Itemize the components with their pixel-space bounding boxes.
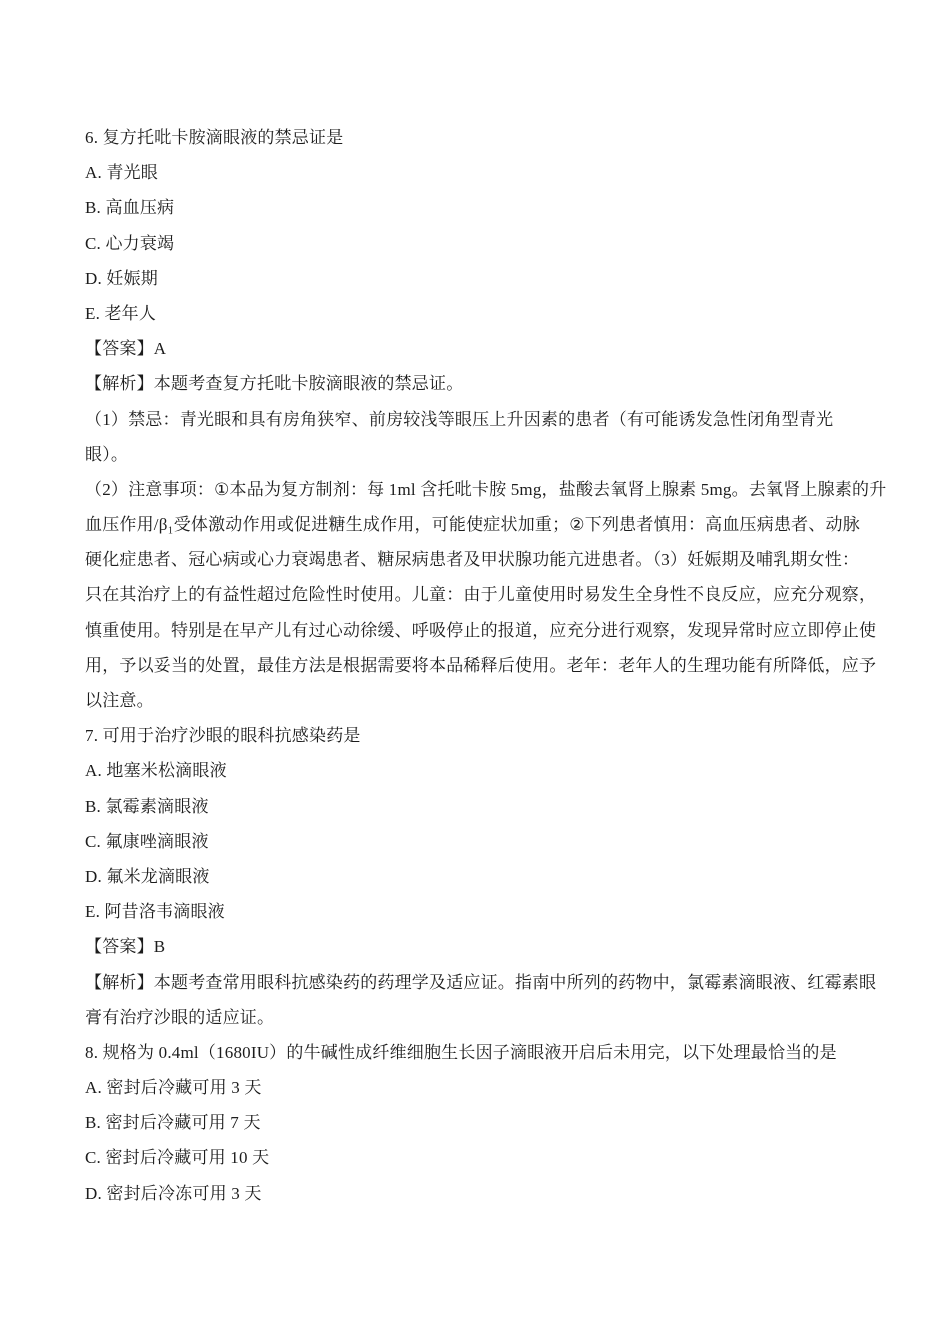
option-a: A. 地塞米松滴眼液 (85, 753, 885, 788)
explanation-line: （2）注意事项：①本品为复方制剂：每 1ml 含托吡卡胺 5mg，盐酸去氧肾上腺… (85, 472, 885, 507)
option-d: D. 妊娠期 (85, 261, 885, 296)
explanation-line: 膏有治疗沙眼的适应证。 (85, 1000, 885, 1035)
option-c: C. 心力衰竭 (85, 226, 885, 261)
answer-line: 【答案】B (85, 929, 885, 964)
option-b: B. 氯霉素滴眼液 (85, 789, 885, 824)
explanation-line: （1）禁忌：青光眼和具有房角狭窄、前房较浅等眼压上升因素的患者（有可能诱发急性闭… (85, 402, 885, 437)
option-a: A. 密封后冷藏可用 3 天 (85, 1070, 885, 1105)
explanation-line: 眼）。 (85, 437, 885, 472)
explanation-line: 用，予以妥当的处置，最佳方法是根据需要将本品稀释后使用。老年：老年人的生理功能有… (85, 648, 885, 683)
explanation-line: 慎重使用。特别是在早产儿有过心动徐缓、呼吸停止的报道，应充分进行观察，发现异常时… (85, 613, 885, 648)
option-d: D. 密封后冷冻可用 3 天 (85, 1176, 885, 1211)
option-b: B. 密封后冷藏可用 7 天 (85, 1105, 885, 1140)
explanation-line: 【解析】本题考查复方托吡卡胺滴眼液的禁忌证。 (85, 366, 885, 401)
question-stem: 7. 可用于治疗沙眼的眼科抗感染药是 (85, 718, 885, 753)
question-stem: 6. 复方托吡卡胺滴眼液的禁忌证是 (85, 120, 885, 155)
option-b: B. 高血压病 (85, 190, 885, 225)
option-a: A. 青光眼 (85, 155, 885, 190)
question-6: 6. 复方托吡卡胺滴眼液的禁忌证是 A. 青光眼 B. 高血压病 C. 心力衰竭… (85, 120, 885, 718)
option-c: C. 氟康唑滴眼液 (85, 824, 885, 859)
option-c: C. 密封后冷藏可用 10 天 (85, 1140, 885, 1175)
explanation-line: 【解析】本题考查常用眼科抗感染药的药理学及适应证。指南中所列的药物中，氯霉素滴眼… (85, 965, 885, 1000)
explanation-line: 只在其治疗上的有益性超过危险性时使用。儿童：由于儿童使用时易发生全身性不良反应，… (85, 577, 885, 612)
option-e: E. 老年人 (85, 296, 885, 331)
question-stem: 8. 规格为 0.4ml（1680IU）的牛碱性成纤维细胞生长因子滴眼液开启后未… (85, 1035, 885, 1070)
explanation-line: 血压作用/β₁受体激动作用或促进糖生成作用，可能使症状加重；②下列患者慎用：高血… (85, 507, 885, 542)
option-e: E. 阿昔洛韦滴眼液 (85, 894, 885, 929)
option-d: D. 氟米龙滴眼液 (85, 859, 885, 894)
question-8: 8. 规格为 0.4ml（1680IU）的牛碱性成纤维细胞生长因子滴眼液开启后未… (85, 1035, 885, 1211)
answer-line: 【答案】A (85, 331, 885, 366)
document-page: 6. 复方托吡卡胺滴眼液的禁忌证是 A. 青光眼 B. 高血压病 C. 心力衰竭… (85, 120, 885, 1211)
explanation-line: 硬化症患者、冠心病或心力衰竭患者、糖尿病患者及甲状腺功能亢进患者。（3）妊娠期及… (85, 542, 885, 577)
question-7: 7. 可用于治疗沙眼的眼科抗感染药是 A. 地塞米松滴眼液 B. 氯霉素滴眼液 … (85, 718, 885, 1035)
explanation-line: 以注意。 (85, 683, 885, 718)
